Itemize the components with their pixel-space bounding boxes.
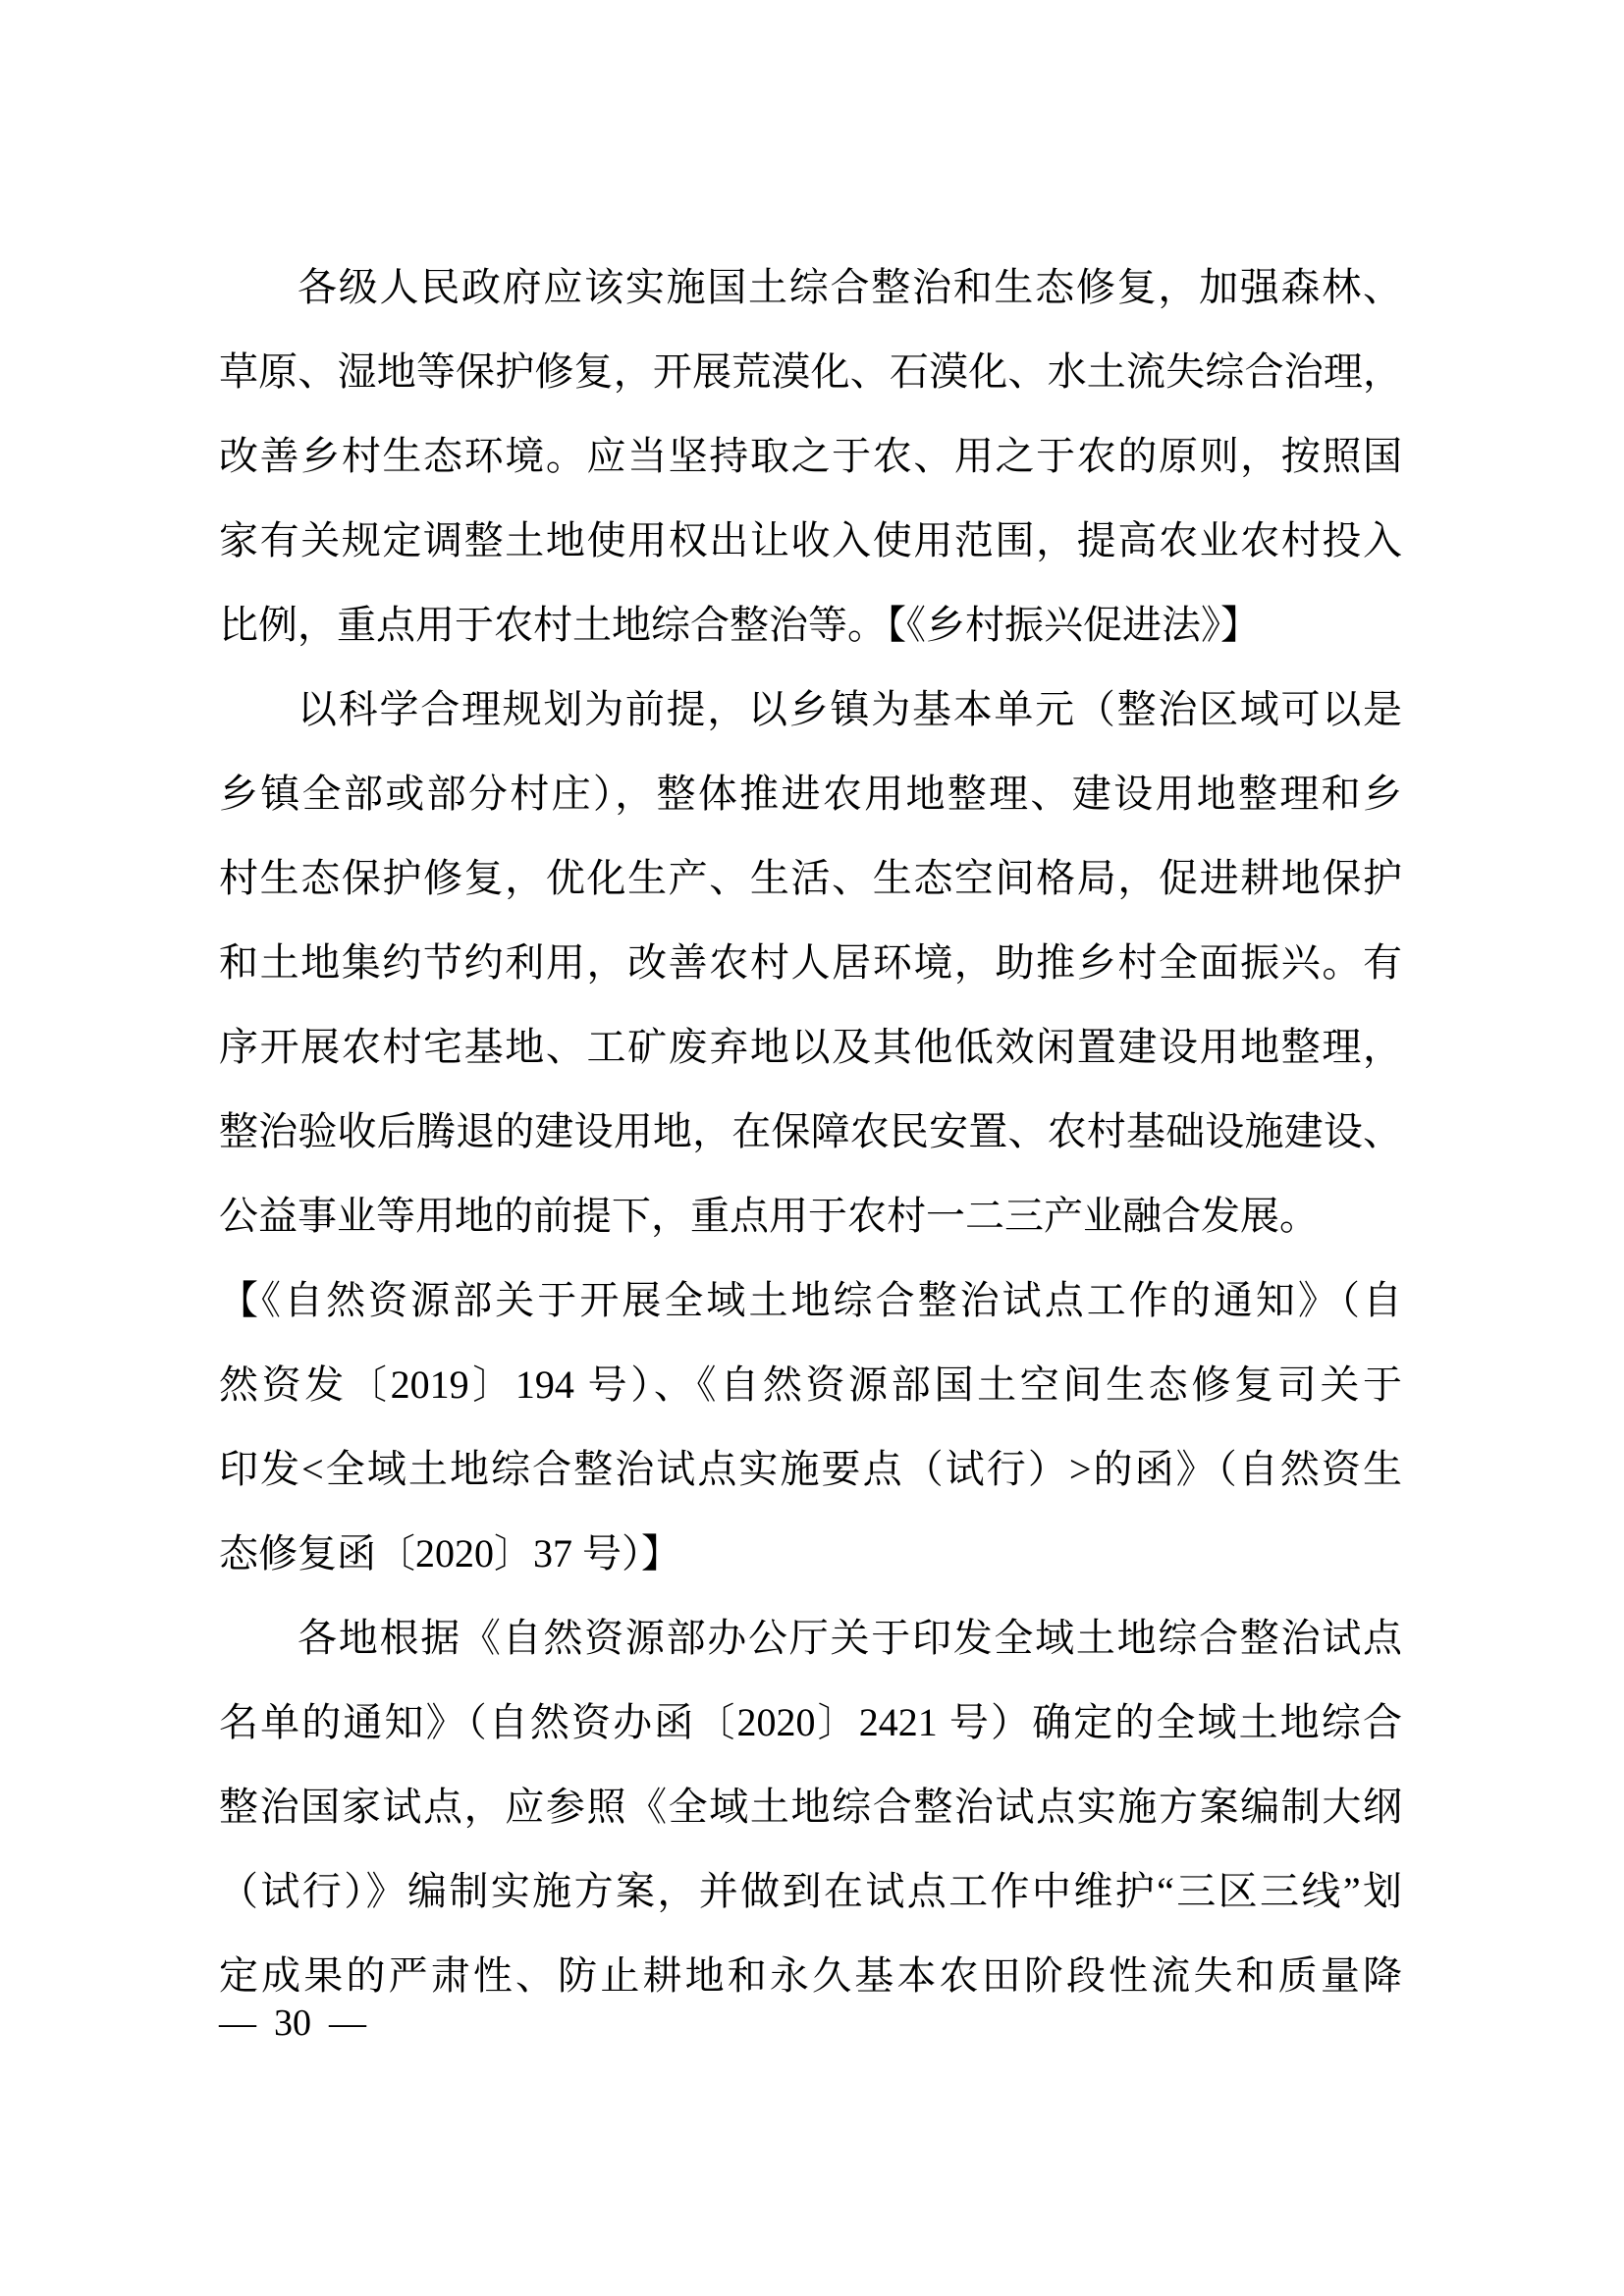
text-line: 整治验收后腾退的建设用地，在保障农民安置、农村基础设施建设、 [219, 1090, 1402, 1174]
text-line: （试行）》编制实施方案，并做到在试点工作中维护“三区三线”划 [219, 1849, 1402, 1934]
document-page: 各级人民政府应该实施国土综合整治和生态修复，加强森林、草原、湿地等保护修复，开展… [0, 0, 1624, 2296]
text-line: 印发<全域土地综合整治试点实施要点（试行）>的函》（自然资生 [219, 1427, 1402, 1512]
text-line: 乡镇全部或部分村庄），整体推进农用地整理、建设用地整理和乡 [219, 752, 1402, 836]
text-line: 然资发〔2019〕194 号）、《自然资源部国土空间生态修复司关于 [219, 1343, 1402, 1427]
text-line: 态修复函〔2020〕37 号）】 [219, 1512, 1402, 1596]
document-body: 各级人民政府应该实施国土综合整治和生态修复，加强森林、草原、湿地等保护修复，开展… [219, 245, 1402, 2018]
text-line: 和土地集约节约利用，改善农村人居环境，助推乡村全面振兴。有 [219, 921, 1402, 1005]
paragraph: 各级人民政府应该实施国土综合整治和生态修复，加强森林、草原、湿地等保护修复，开展… [219, 245, 1402, 667]
text-line: 村生态保护修复，优化生产、生活、生态空间格局，促进耕地保护 [219, 836, 1402, 921]
paragraph: 【《自然资源部关于开展全域土地综合整治试点工作的通知》（自然资发〔2019〕19… [219, 1258, 1402, 1596]
text-line: 定成果的严肃性、防止耕地和永久基本农田阶段性流失和质量降 [219, 1934, 1402, 2018]
text-line: 家有关规定调整土地使用权出让收入使用范围，提高农业农村投入 [219, 499, 1402, 583]
paragraph: 以科学合理规划为前提，以乡镇为基本单元（整治区域可以是乡镇全部或部分村庄），整体… [219, 667, 1402, 1258]
text-line: 整治国家试点，应参照《全域土地综合整治试点实施方案编制大纲 [219, 1765, 1402, 1849]
page-footer: — 30 — [219, 1999, 366, 2048]
text-line: 改善乡村生态环境。应当坚持取之于农、用之于农的原则，按照国 [219, 414, 1402, 499]
text-line: 【《自然资源部关于开展全域土地综合整治试点工作的通知》（自 [219, 1258, 1402, 1343]
text-line: 比例，重点用于农村土地综合整治等。【《乡村振兴促进法》】 [219, 583, 1402, 667]
text-line: 各地根据《自然资源部办公厅关于印发全域土地综合整治试点 [219, 1596, 1402, 1681]
text-line: 序开展农村宅基地、工矿废弃地以及其他低效闲置建设用地整理， [219, 1005, 1402, 1090]
footer-dash-right: — [329, 1999, 366, 2048]
text-line: 公益事业等用地的前提下，重点用于农村一二三产业融合发展。 [219, 1174, 1402, 1258]
text-line: 草原、湿地等保护修复，开展荒漠化、石漠化、水土流失综合治理， [219, 330, 1402, 414]
footer-dash-left: — [219, 1999, 256, 2048]
page-number: 30 [274, 1999, 311, 2048]
paragraph: 各地根据《自然资源部办公厅关于印发全域土地综合整治试点名单的通知》（自然资办函〔… [219, 1596, 1402, 2018]
text-line: 名单的通知》（自然资办函〔2020〕2421 号）确定的全域土地综合 [219, 1681, 1402, 1765]
text-line: 以科学合理规划为前提，以乡镇为基本单元（整治区域可以是 [219, 667, 1402, 752]
text-line: 各级人民政府应该实施国土综合整治和生态修复，加强森林、 [219, 245, 1402, 330]
